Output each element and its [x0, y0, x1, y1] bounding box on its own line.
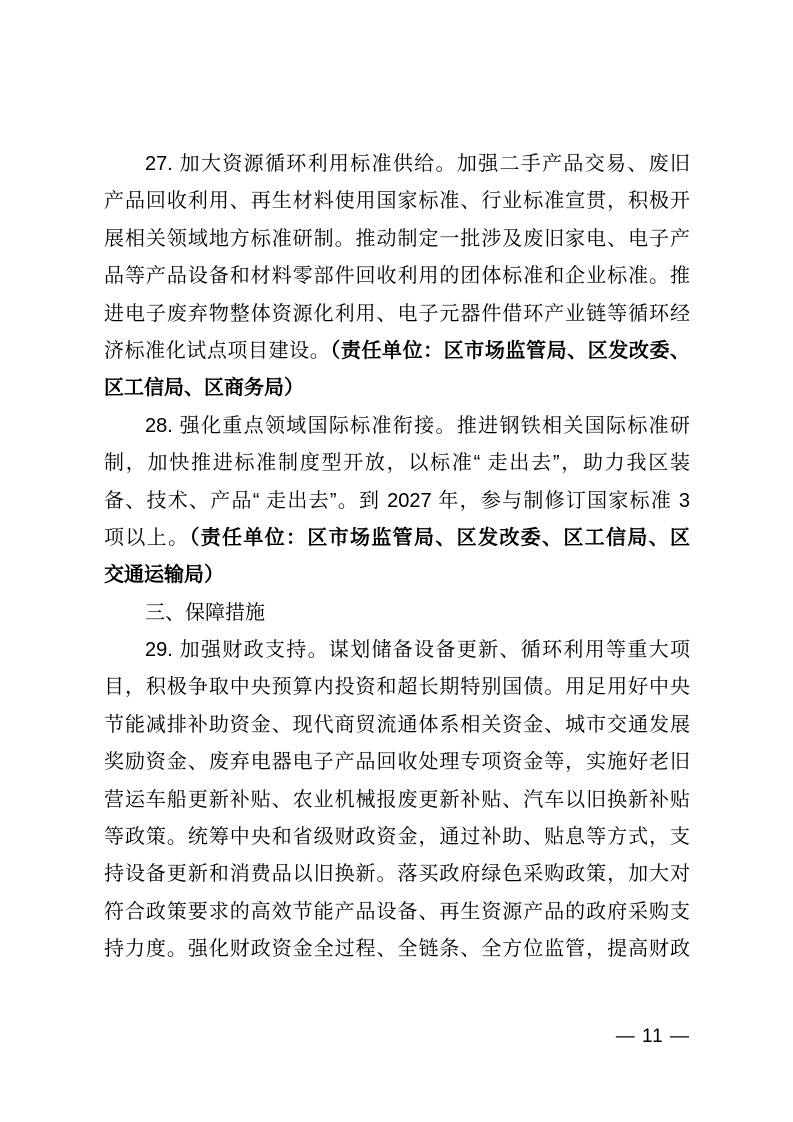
doc-line: 28. 强化重点领域国际标准衔接。推进钢铁相关国际标准研 [104, 408, 690, 445]
doc-line: 持设备更新和消费品以旧换新。落买政府绿色采购政策，加大对 [104, 856, 690, 893]
section-heading: 三、保障措施 [104, 595, 690, 632]
doc-line: 节能减排补助资金、现代商贸流通体系相关资金、城市交通发展 [104, 707, 690, 744]
doc-line: 区工信局、区商务局） [104, 370, 690, 407]
doc-line-text: 项以上。 [104, 527, 189, 549]
doc-line: 济标准化试点项目建设。（责任单位：区市场监管局、区发改委、 [104, 333, 690, 370]
doc-line-text: 目，积极争取中央预算内投资和超长期特别国债。用足用好中央 [104, 676, 690, 698]
doc-line-text: 28. 强化重点领域国际标准衔接。推进钢铁相关国际标准研 [145, 415, 690, 437]
doc-line-text: 品等产品设备和材料零部件回收利用的团体标准和企业标准。推 [104, 265, 690, 287]
doc-line: 持力度。强化财政资金全过程、全链条、全方位监管，提高财政 [104, 931, 690, 968]
doc-line-text: 节能减排补助资金、现代商贸流通体系相关资金、城市交通发展 [104, 714, 690, 736]
page-number: — 11 — [104, 1026, 690, 1048]
doc-line-text: 展相关领域地方标准研制。推动制定一批涉及废旧家电、电子产 [104, 228, 690, 250]
doc-line-text: 等政策。统筹中央和省级财政资金，通过补助、贴息等方式，支 [104, 826, 690, 848]
doc-line-text: 奖励资金、废弃电器电子产品回收处理专项资金等，实施好老旧 [104, 751, 690, 773]
doc-line-text: 27. 加大资源循环利用标准供给。加强二手产品交易、废旧 [145, 153, 690, 175]
doc-line: 符合政策要求的高效节能产品设备、再生资源产品的政府采购支 [104, 894, 690, 931]
doc-line: 营运车船更新补贴、农业机械报废更新补贴、汽车以旧换新补贴 [104, 782, 690, 819]
doc-line: 奖励资金、废弃电器电子产品回收处理专项资金等，实施好老旧 [104, 744, 690, 781]
document-text-block: 27. 加大资源循环利用标准供给。加强二手产品交易、废旧 产品回收利用、再生材料… [104, 146, 690, 969]
doc-line-text: 营运车船更新补贴、农业机械报废更新补贴、汽车以旧换新补贴 [104, 789, 690, 811]
doc-line-text: 备、技术、产品“ 走出去”。到 2027 年，参与制修订国家标准 3 [104, 490, 690, 512]
doc-line-bold-text: 交通运输局） [104, 564, 224, 586]
document-page: 27. 加大资源循环利用标准供给。加强二手产品交易、废旧 产品回收利用、再生材料… [0, 0, 793, 1122]
doc-line: 产品回收利用、再生材料使用国家标准、行业标准宣贯，积极开 [104, 183, 690, 220]
doc-line: 29. 加强财政支持。谋划储备设备更新、循环利用等重大项 [104, 632, 690, 669]
doc-line: 展相关领域地方标准研制。推动制定一批涉及废旧家电、电子产 [104, 221, 690, 258]
doc-line: 备、技术、产品“ 走出去”。到 2027 年，参与制修订国家标准 3 [104, 483, 690, 520]
doc-line: 27. 加大资源循环利用标准供给。加强二手产品交易、废旧 [104, 146, 690, 183]
doc-line: 交通运输局） [104, 557, 690, 594]
doc-line-text: 产品回收利用、再生材料使用国家标准、行业标准宣贯，积极开 [104, 190, 690, 212]
doc-line-text: 持力度。强化财政资金全过程、全链条、全方位监管，提高财政 [104, 938, 690, 960]
doc-line: 品等产品设备和材料零部件回收利用的团体标准和企业标准。推 [104, 258, 690, 295]
doc-line-bold-text: （责任单位：区市场监管局、区发改委、 [330, 340, 690, 362]
doc-line: 进电子废弃物整体资源化利用、电子元器件借环产业链等循环经 [104, 296, 690, 333]
doc-line-text: 济标准化试点项目建设。 [104, 340, 330, 362]
doc-line-text: 制，加快推进标准制度型开放，以标准“ 走出去”，助力我区装 [104, 452, 690, 474]
doc-line: 目，积极争取中央预算内投资和超长期特别国债。用足用好中央 [104, 669, 690, 706]
doc-line-text: 符合政策要求的高效节能产品设备、再生资源产品的政府采购支 [104, 901, 690, 923]
doc-line-text: 持设备更新和消费品以旧换新。落买政府绿色采购政策，加大对 [104, 863, 690, 885]
doc-line-text: 29. 加强财政支持。谋划储备设备更新、循环利用等重大项 [145, 639, 690, 661]
doc-line-text: 进电子废弃物整体资源化利用、电子元器件借环产业链等循环经 [104, 303, 690, 325]
doc-line: 项以上。（责任单位：区市场监管局、区发改委、区工信局、区 [104, 520, 690, 557]
doc-line: 制，加快推进标准制度型开放，以标准“ 走出去”，助力我区装 [104, 445, 690, 482]
doc-line-bold-text: 区工信局、区商务局） [104, 377, 304, 399]
doc-line: 等政策。统筹中央和省级财政资金，通过补助、贴息等方式，支 [104, 819, 690, 856]
section-heading-text: 三、保障措施 [145, 602, 265, 624]
doc-line-bold-text: （责任单位：区市场监管局、区发改委、区工信局、区 [189, 527, 690, 549]
